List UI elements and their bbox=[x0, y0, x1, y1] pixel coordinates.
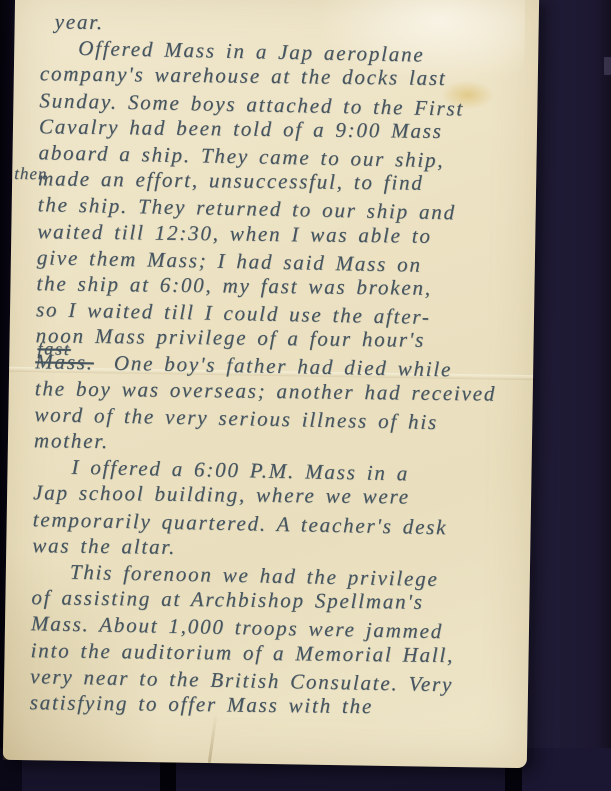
fold-crease-bottom bbox=[208, 713, 218, 763]
handwritten-line: satisfying to offer Mass with the bbox=[30, 689, 518, 721]
crossed-out-correction: fast Mass. bbox=[35, 349, 94, 376]
scanner-edge-glint bbox=[604, 57, 611, 75]
inserted-word-struck: fast bbox=[37, 336, 71, 363]
handwritten-text: year. Offered Mass in a Jap aeroplane co… bbox=[30, 8, 529, 723]
handwritten-line-text: made an effort, unsuccessful, to find bbox=[38, 166, 424, 195]
letter-paper: year. Offered Mass in a Jap aeroplane co… bbox=[3, 0, 539, 768]
margin-inserted-word: then bbox=[14, 161, 48, 188]
